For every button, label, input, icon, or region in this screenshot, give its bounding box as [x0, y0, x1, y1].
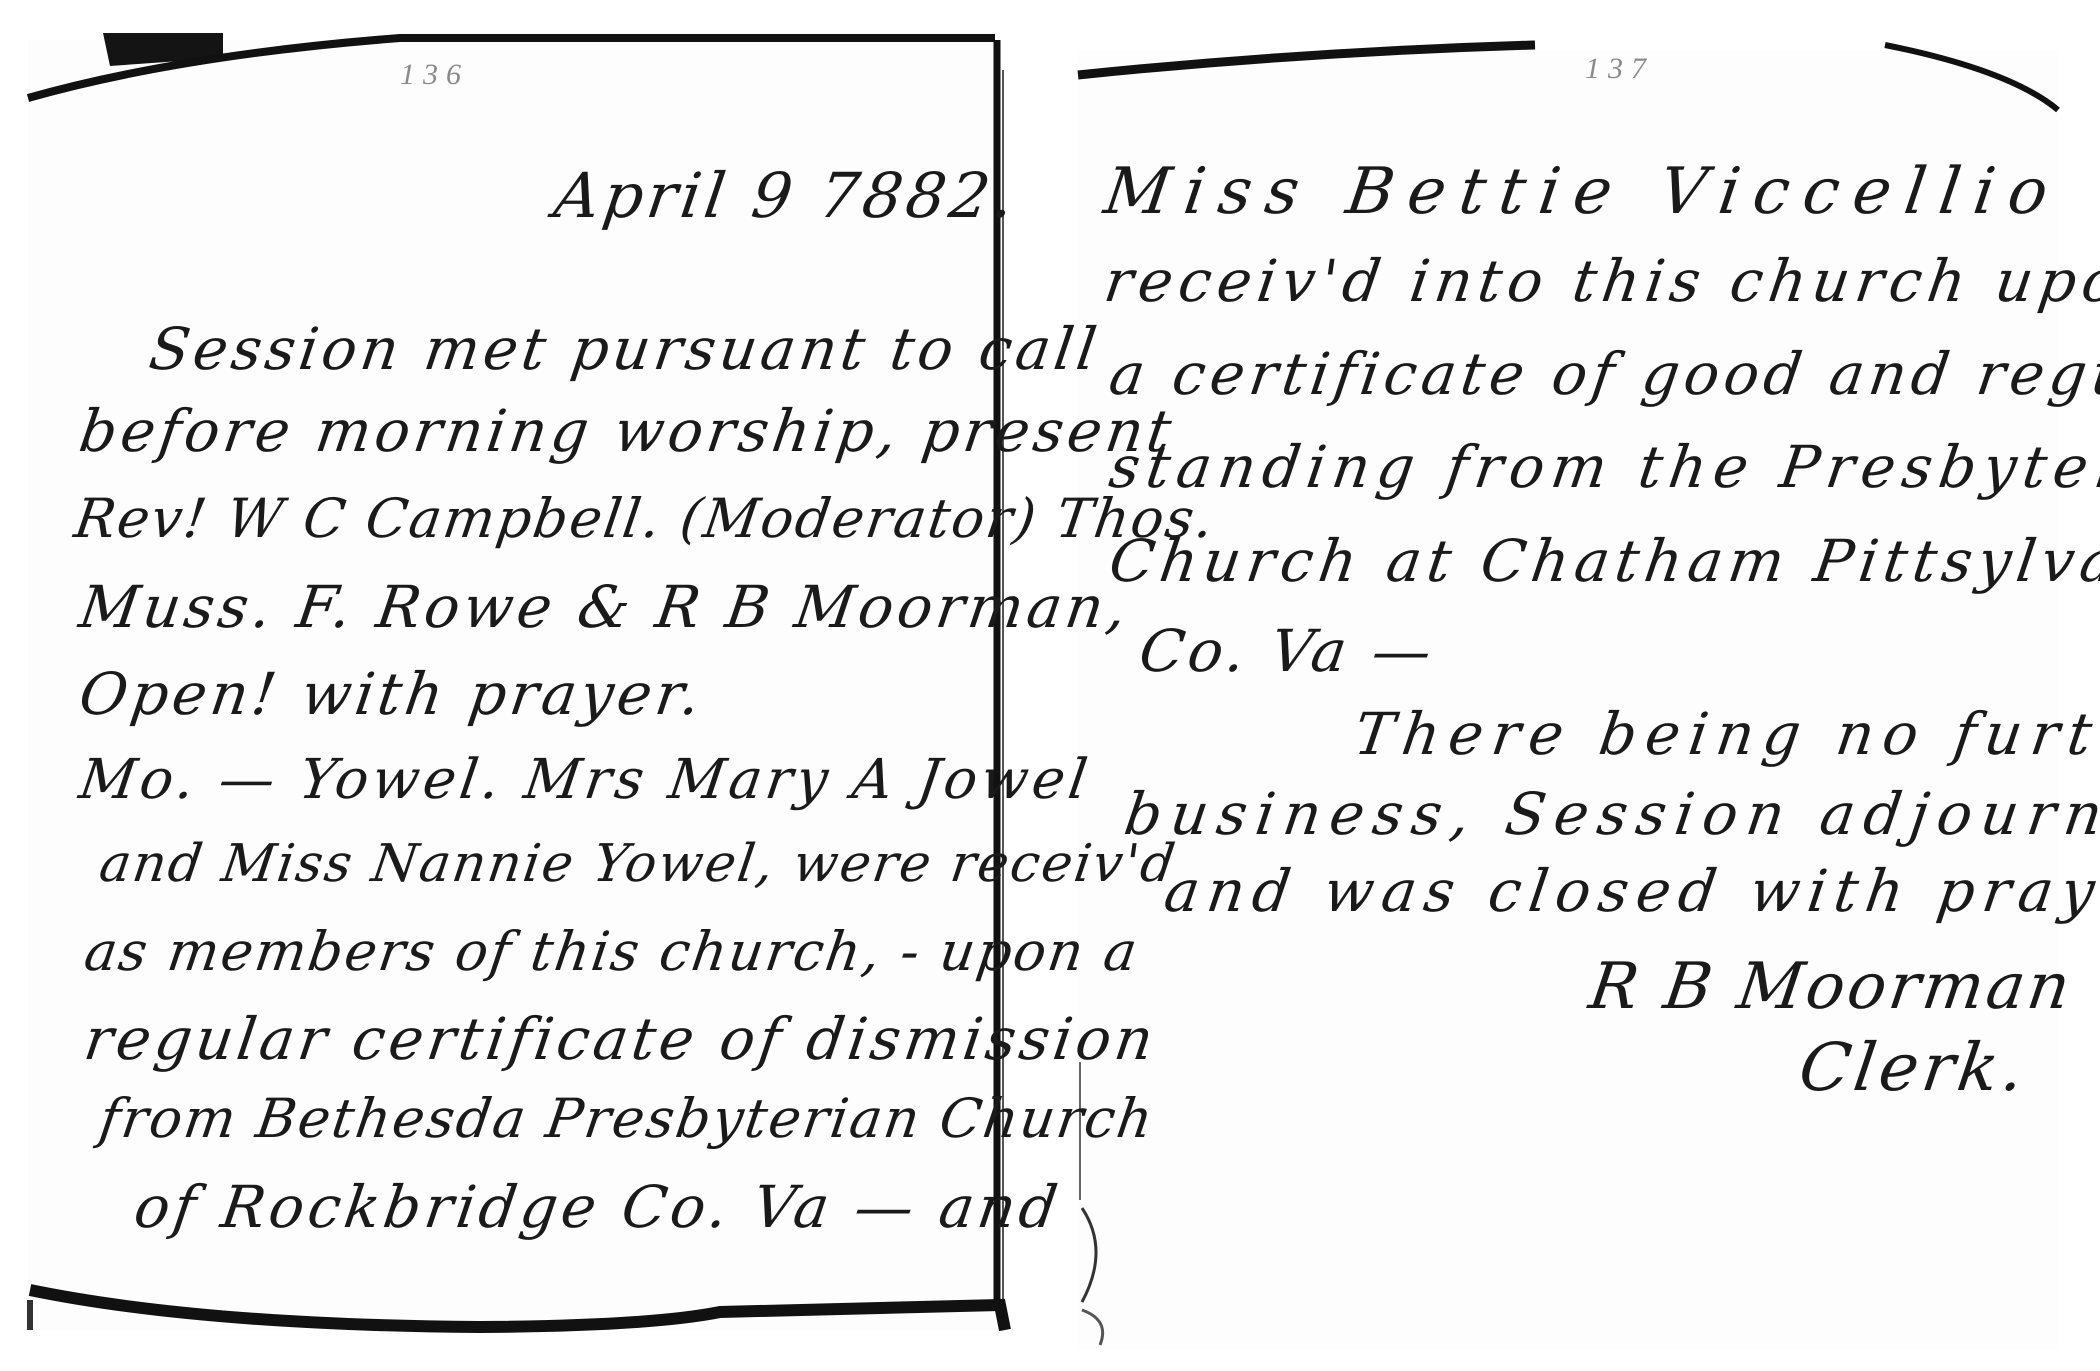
- left-line-2: before morning worship, present: [76, 402, 1179, 460]
- right-line-5: Church at Chatham Pittsylvania: [1106, 532, 2100, 590]
- left-page-number: 136: [400, 58, 469, 92]
- right-line-3: a certificate of good and regular: [1106, 345, 2100, 403]
- left-page-bottom-border: [30, 1290, 1005, 1330]
- left-line-7: and Miss Nannie Yowel, were receiv'd: [96, 838, 1179, 890]
- left-line-11: of Rockbridge Co. Va — and: [131, 1178, 1065, 1236]
- signature: R B Moorman: [1586, 955, 2077, 1019]
- right-line-7: There being no further: [1351, 705, 2100, 763]
- signature-title: Clerk.: [1795, 1035, 2031, 1101]
- left-line-8: as members of this church, - upon a: [81, 925, 1142, 979]
- left-line-4: Muss. F. Rowe & R B Moorman,: [76, 578, 1134, 636]
- left-line-6: Mo. — Yowel. Mrs Mary A Jowel: [76, 752, 1094, 807]
- left-line-10: from Bethesda Presbyterian Church: [96, 1092, 1157, 1146]
- right-line-9: and was closed with prayer.: [1161, 862, 2100, 920]
- right-line-8: business, Session adjourned: [1121, 785, 2100, 843]
- left-line-9: regular certificate of dismission: [81, 1010, 1161, 1068]
- left-line-5: Open! with prayer.: [76, 665, 708, 723]
- left-line-1: Session met pursuant to call: [146, 320, 1104, 378]
- entry-date: April 9 7882.: [551, 165, 1022, 227]
- right-page-top-border: [1078, 45, 1535, 75]
- right-line-1: Miss Bettie Viccellio was: [1101, 160, 2100, 224]
- right-page-corner-curl: [1885, 45, 2058, 110]
- right-line-4: standing from the Presbyterian: [1106, 438, 2100, 496]
- right-line-2: receiv'd into this church upon: [1101, 252, 2100, 310]
- right-page-number: 137: [1585, 52, 1654, 86]
- right-line-6: Co. Va —: [1136, 622, 1439, 680]
- left-line-3: Rev! W C Campbell. (Moderator) Thos.: [71, 492, 1218, 546]
